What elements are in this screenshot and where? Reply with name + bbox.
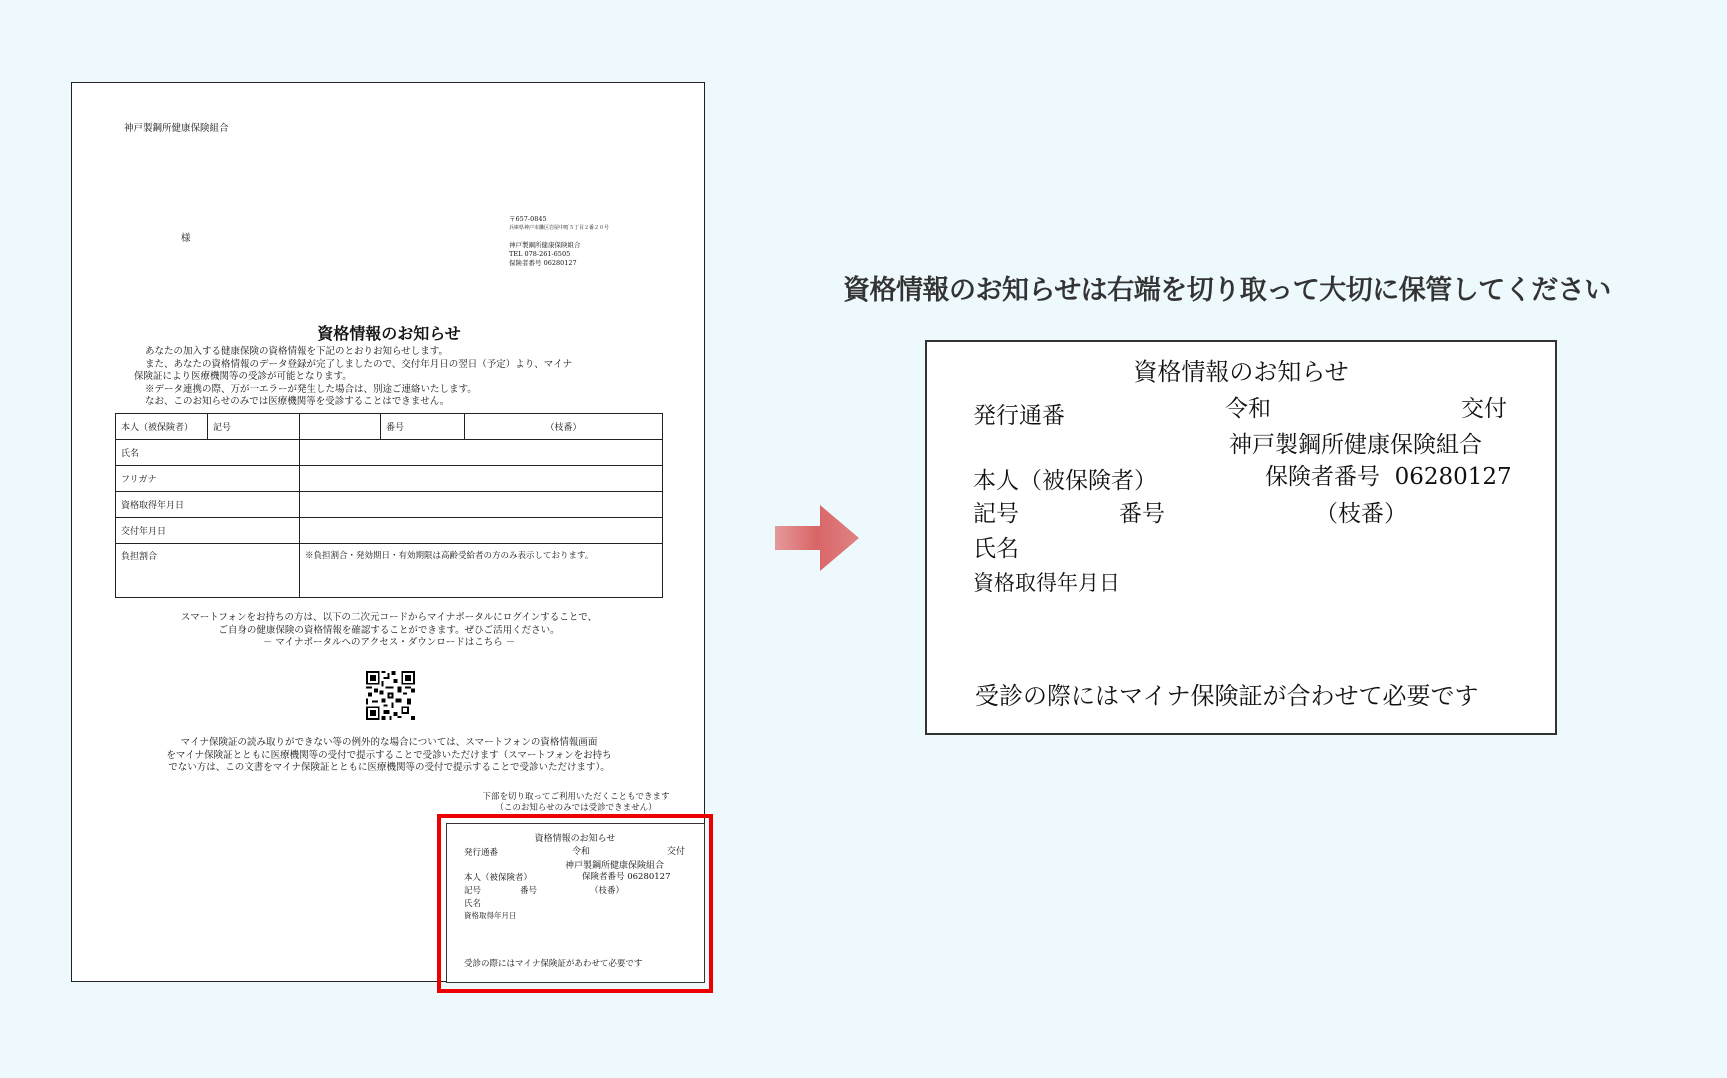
text-line: マイナ保険証の読み取りができない等の例外的な場合については、スマートフォンの資格…	[72, 737, 706, 750]
table-row: 本人（被保険者） 記号 番号 （枝番）	[116, 414, 663, 440]
intro-line: また、あなたの資格情報のデータ登録が完了しましたので、交付年月日の翌日（予定）よ…	[134, 359, 572, 372]
row-value: ※負担割合・発効期日・有効期限は高齢受給者の方のみ表示しております。	[300, 544, 663, 598]
row-label: 負担割合	[116, 544, 300, 598]
arrow-right-icon	[775, 505, 859, 571]
big-symbol: 記号	[973, 503, 1019, 526]
org-name: 神戸製鋼所健康保険組合	[124, 120, 229, 134]
intro-line: ※データ連携の際、万が一エラーが発生した場合は、別途ご連絡いたします。	[134, 384, 572, 397]
big-issue-no: 発行通番	[973, 405, 1065, 428]
table-row: フリガナ	[116, 466, 663, 492]
smartphone-text: スマートフォンをお持ちの方は、以下の二次元コードからマイナポータルにログインする…	[72, 612, 706, 650]
cut-instruction: 下部を切り取ってご利用いただくこともできます （このお知らせのみでは受診できませ…	[461, 792, 691, 814]
sender-address: 兵庫県神戸市灘区岩屋中町５丁目２番２０号	[509, 224, 609, 233]
intro-line: 保険証により医療機関等の受診が可能となります。	[134, 371, 572, 384]
table-cell	[300, 414, 381, 440]
big-issued: 交付	[1461, 398, 1507, 421]
row-value	[300, 440, 663, 466]
big-insured: 本人（被保険者）	[973, 470, 1157, 493]
text-line: でない方は、この文書をマイナ保険証とともに医療機関等の受付で提示することで受診い…	[72, 762, 706, 775]
exception-text: マイナ保険証の読み取りができない等の例外的な場合については、スマートフォンの資格…	[72, 737, 706, 775]
big-insurer: 保険者番号 06280127	[1265, 466, 1512, 489]
big-note: 受診の際にはマイナ保険証が合わせて必要です	[975, 684, 1479, 708]
table-cell: 記号	[208, 414, 300, 440]
table-cell: 番号	[381, 414, 465, 440]
text-line: をマイナ保険証とともに医療機関等の受付で提示することで受診いただけます（スマート…	[72, 750, 706, 763]
table-row: 負担割合 ※負担割合・発効期日・有効期限は高齢受給者の方のみ表示しております。	[116, 544, 663, 598]
text-line: ご自身の健康保険の資格情報を確認することができます。ぜひご活用ください。	[72, 625, 706, 638]
big-insurer-label: 保険者番号	[1265, 464, 1380, 490]
big-acquired: 資格取得年月日	[973, 573, 1120, 594]
intro-text: あなたの加入する健康保険の資格情報を下記のとおりお知らせします。 また、あなたの…	[134, 346, 572, 409]
big-card-title: 資格情報のお知らせ	[927, 360, 1555, 384]
table-row: 交付年月日	[116, 518, 663, 544]
table-row: 氏名	[116, 440, 663, 466]
sender-block: 〒657-0845 兵庫県神戸市灘区岩屋中町５丁目２番２０号 神戸製鋼所健康保険…	[509, 215, 609, 268]
row-value	[300, 518, 663, 544]
intro-line: あなたの加入する健康保険の資格情報を下記のとおりお知らせします。	[134, 346, 572, 359]
big-org: 神戸製鋼所健康保険組合	[1229, 434, 1482, 457]
text-line: 下部を切り取ってご利用いただくこともできます	[461, 792, 691, 803]
big-insurer-no: 06280127	[1395, 464, 1512, 490]
document-title: 資格情報のお知らせ	[72, 321, 706, 344]
sender-org: 神戸製鋼所健康保険組合	[509, 241, 609, 250]
row-value	[300, 492, 663, 518]
big-era: 令和	[1225, 398, 1271, 421]
text-line: スマートフォンをお持ちの方は、以下の二次元コードからマイナポータルにログインする…	[72, 612, 706, 625]
intro-line: なお、このお知らせのみでは医療機関等を受診することはできません。	[134, 396, 572, 409]
row-label: 資格取得年月日	[116, 492, 300, 518]
info-table: 本人（被保険者） 記号 番号 （枝番） 氏名 フリガナ 資格取得年月日 交付年月…	[115, 413, 663, 598]
text-line: （このお知らせのみでは受診できません）	[461, 803, 691, 814]
text-line: － マイナポータルへのアクセス・ダウンロードはこちら －	[72, 637, 706, 650]
table-cell: 本人（被保険者）	[116, 414, 208, 440]
table-row: 資格取得年月日	[116, 492, 663, 518]
sender-postal: 〒657-0845	[509, 215, 609, 224]
sender-insurer-no: 保険者番号 06280127	[509, 259, 609, 268]
big-name: 氏名	[973, 538, 1019, 561]
big-branch: （枝番）	[1315, 503, 1407, 526]
table-cell: （枝番）	[465, 414, 663, 440]
big-number: 番号	[1119, 503, 1165, 526]
recipient-suffix: 様	[181, 230, 191, 244]
row-label: 氏名	[116, 440, 300, 466]
headline: 資格情報のお知らせは右端を切り取って大切に保管してください	[843, 268, 1611, 307]
row-label: フリガナ	[116, 466, 300, 492]
sender-tel: TEL 078-261-6505	[509, 250, 609, 259]
qr-code-icon[interactable]	[366, 671, 415, 720]
highlight-box	[437, 814, 713, 993]
enlarged-card: 資格情報のお知らせ 発行通番 令和 交付 神戸製鋼所健康保険組合 本人（被保険者…	[925, 340, 1557, 735]
row-label: 交付年月日	[116, 518, 300, 544]
row-value	[300, 466, 663, 492]
